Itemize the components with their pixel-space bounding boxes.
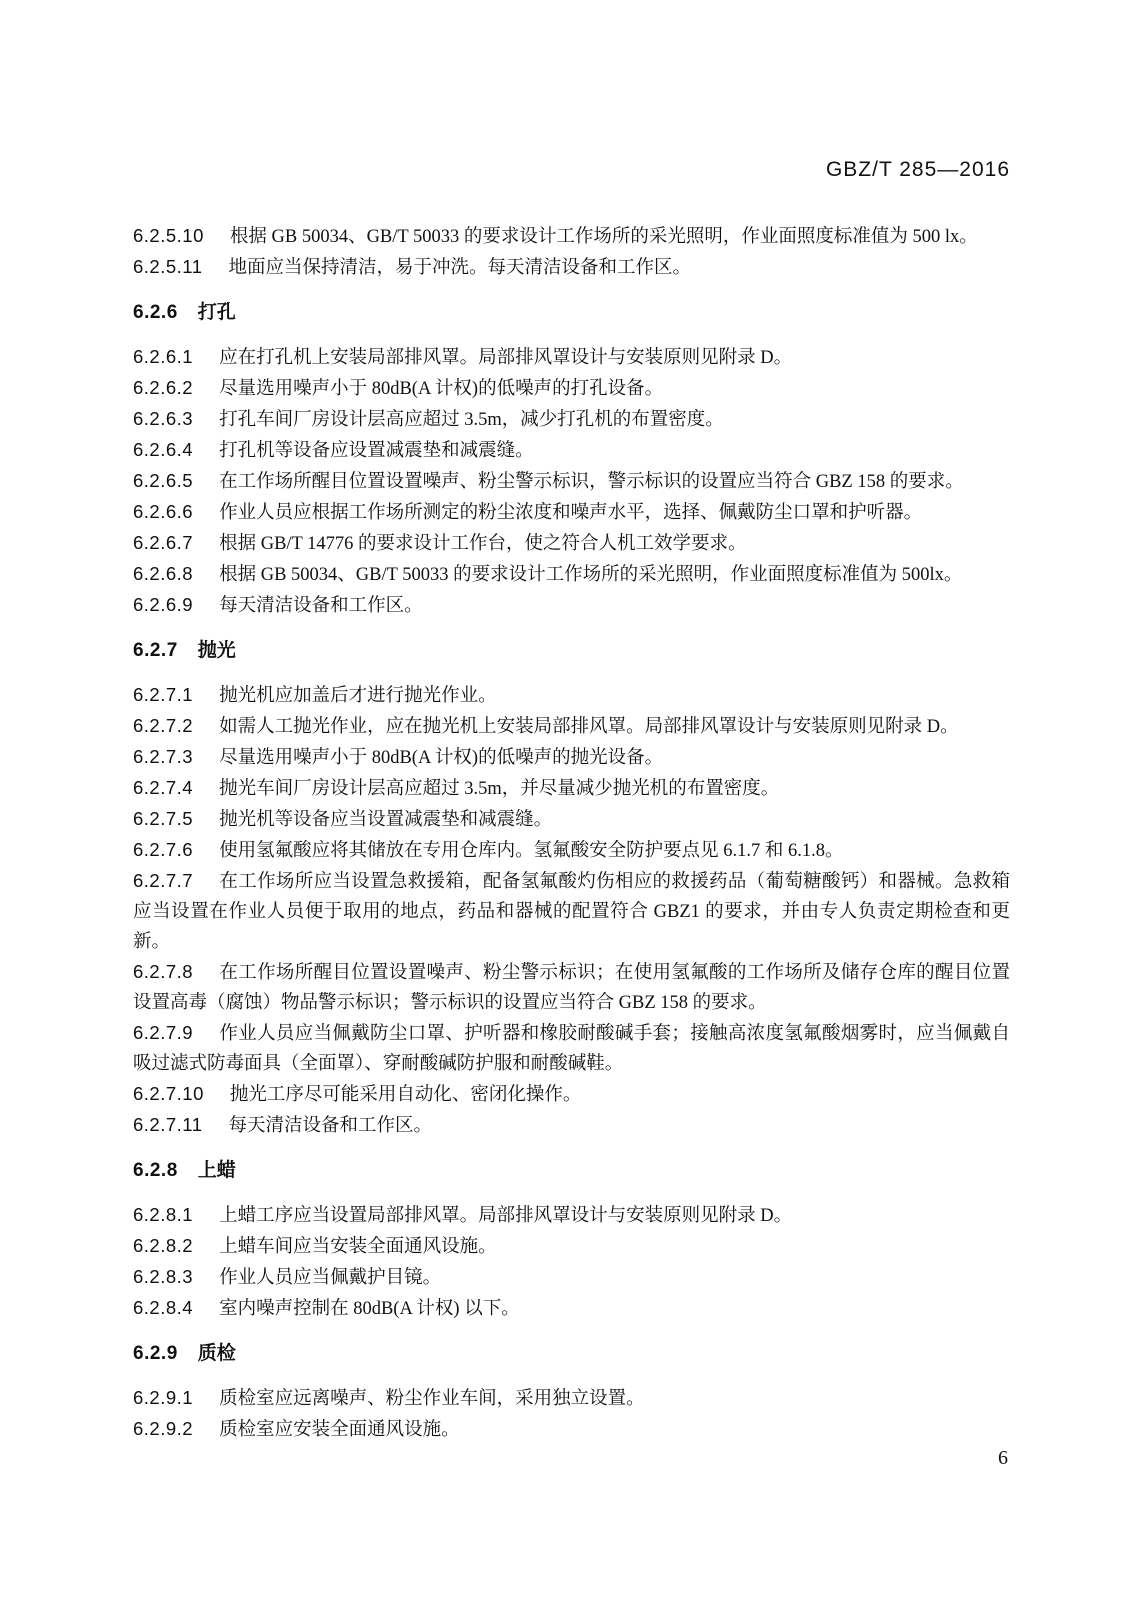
clause-number: 6.2.8.2 bbox=[133, 1235, 193, 1256]
clause-text: 作业人员应根据工作场所测定的粉尘浓度和噪声水平，选择、佩戴防尘口罩和护听器。 bbox=[219, 503, 922, 523]
clause-number: 6.2.7.8 bbox=[133, 961, 193, 982]
clause-number: 6.2.7.2 bbox=[133, 715, 193, 736]
clause-number: 6.2.7.3 bbox=[133, 746, 193, 767]
clause-paragraph: 6.2.6.5在工作场所醒目位置设置噪声、粉尘警示标识，警示标识的设置应当符合 … bbox=[133, 466, 1010, 497]
clause-text: 尽量选用噪声小于 80dB(A 计权)的低噪声的打孔设备。 bbox=[219, 379, 663, 399]
clause-paragraph: 6.2.6.1应在打孔机上安装局部排风罩。局部排风罩设计与安装原则见附录 D。 bbox=[133, 342, 1010, 373]
clause-text: 应在打孔机上安装局部排风罩。局部排风罩设计与安装原则见附录 D。 bbox=[219, 348, 792, 368]
clause-paragraph: 6.2.5.10根据 GB 50034、GB/T 50033 的要求设计工作场所… bbox=[133, 221, 1010, 252]
clause-text: 每天清洁设备和工作区。 bbox=[229, 1116, 433, 1136]
clause-number: 6.2.6.4 bbox=[133, 439, 193, 460]
clause-text: 质检室应安装全面通风设施。 bbox=[219, 1420, 460, 1440]
clause-number: 6.2.8.3 bbox=[133, 1266, 193, 1287]
document-header: GBZ/T 285—2016 bbox=[133, 158, 1010, 182]
clause-number: 6.2.9.1 bbox=[133, 1387, 193, 1408]
clause-text: 作业人员应当佩戴护目镜。 bbox=[219, 1268, 441, 1288]
clause-number: 6.2.6 bbox=[133, 302, 178, 323]
clause-text: 使用氢氟酸应将其储放在专用仓库内。氢氟酸安全防护要点见 6.1.7 和 6.1.… bbox=[219, 841, 843, 861]
clause-number: 6.2.6.1 bbox=[133, 346, 193, 367]
clause-text: 打孔车间厂房设计层高应超过 3.5m，减少打孔机的布置密度。 bbox=[219, 410, 724, 430]
clause-number: 6.2.7.4 bbox=[133, 777, 193, 798]
clause-paragraph: 6.2.6.9每天清洁设备和工作区。 bbox=[133, 590, 1010, 621]
clause-paragraph: 6.2.7.11每天清洁设备和工作区。 bbox=[133, 1110, 1010, 1141]
clause-text: 质检室应远离噪声、粉尘作业车间，采用独立设置。 bbox=[219, 1389, 645, 1409]
section-heading: 6.2.8上蜡 bbox=[133, 1156, 1010, 1186]
clause-text: 抛光机等设备应当设置减震垫和减震缝。 bbox=[219, 810, 552, 830]
clause-text: 室内噪声控制在 80dB(A 计权) 以下。 bbox=[219, 1299, 520, 1319]
clause-number: 6.2.5.10 bbox=[133, 225, 204, 246]
clause-paragraph: 6.2.8.1上蜡工序应当设置局部排风罩。局部排风罩设计与安装原则见附录 D。 bbox=[133, 1200, 1010, 1231]
page-footer: 6 bbox=[133, 1447, 1010, 1470]
clause-paragraph: 6.2.7.1抛光机应加盖后才进行抛光作业。 bbox=[133, 680, 1010, 711]
section-title: 抛光 bbox=[198, 640, 236, 661]
clause-number: 6.2.6.2 bbox=[133, 377, 193, 398]
clause-paragraph: 6.2.8.4室内噪声控制在 80dB(A 计权) 以下。 bbox=[133, 1293, 1010, 1324]
clause-text: 抛光机应加盖后才进行抛光作业。 bbox=[219, 686, 497, 706]
clause-number: 6.2.7.10 bbox=[133, 1083, 204, 1104]
standard-number: GBZ/T 285—2016 bbox=[826, 158, 1010, 181]
clause-number: 6.2.9 bbox=[133, 1343, 178, 1364]
clause-text: 每天清洁设备和工作区。 bbox=[219, 596, 423, 616]
clause-text: 根据 GB 50034、GB/T 50033 的要求设计工作场所的采光照明，作业… bbox=[219, 565, 962, 585]
clause-number: 6.2.9.2 bbox=[133, 1418, 193, 1439]
clause-paragraph: 6.2.7.6使用氢氟酸应将其储放在专用仓库内。氢氟酸安全防护要点见 6.1.7… bbox=[133, 835, 1010, 866]
clause-text: 地面应当保持清洁，易于冲洗。每天清洁设备和工作区。 bbox=[229, 258, 692, 278]
clause-number: 6.2.8.1 bbox=[133, 1204, 193, 1225]
clause-paragraph: 6.2.6.6作业人员应根据工作场所测定的粉尘浓度和噪声水平，选择、佩戴防尘口罩… bbox=[133, 497, 1010, 528]
clause-paragraph: 6.2.7.7在工作场所应当设置急救援箱，配备氢氟酸灼伤相应的救援药品（葡萄糖酸… bbox=[133, 866, 1010, 957]
clause-paragraph: 6.2.8.3作业人员应当佩戴护目镜。 bbox=[133, 1262, 1010, 1293]
clause-text: 在工作场所醒目位置设置噪声、粉尘警示标识；在使用氢氟酸的工作场所及储存仓库的醒目… bbox=[133, 963, 1010, 1013]
clause-number: 6.2.7.7 bbox=[133, 870, 193, 891]
clause-paragraph: 6.2.7.8在工作场所醒目位置设置噪声、粉尘警示标识；在使用氢氟酸的工作场所及… bbox=[133, 957, 1010, 1018]
clause-text: 根据 GB/T 14776 的要求设计工作台，使之符合人机工效学要求。 bbox=[219, 534, 746, 554]
clause-text: 如需人工抛光作业，应在抛光机上安装局部排风罩。局部排风罩设计与安装原则见附录 D… bbox=[219, 717, 959, 737]
document-content: 6.2.5.10根据 GB 50034、GB/T 50033 的要求设计工作场所… bbox=[133, 221, 1010, 1445]
clause-text: 抛光工序尽可能采用自动化、密闭化操作。 bbox=[230, 1085, 582, 1105]
clause-paragraph: 6.2.7.9作业人员应当佩戴防尘口罩、护听器和橡胶耐酸碱手套；接触高浓度氢氟酸… bbox=[133, 1018, 1010, 1079]
clause-number: 6.2.8.4 bbox=[133, 1297, 193, 1318]
clause-text: 根据 GB 50034、GB/T 50033 的要求设计工作场所的采光照明，作业… bbox=[230, 227, 978, 247]
clause-paragraph: 6.2.9.1质检室应远离噪声、粉尘作业车间，采用独立设置。 bbox=[133, 1383, 1010, 1414]
clause-paragraph: 6.2.7.5抛光机等设备应当设置减震垫和减震缝。 bbox=[133, 804, 1010, 835]
clause-number: 6.2.5.11 bbox=[133, 256, 203, 277]
clause-number: 6.2.8 bbox=[133, 1160, 178, 1181]
clause-paragraph: 6.2.9.2质检室应安装全面通风设施。 bbox=[133, 1414, 1010, 1445]
clause-paragraph: 6.2.6.4打孔机等设备应设置减震垫和减震缝。 bbox=[133, 435, 1010, 466]
clause-paragraph: 6.2.6.7根据 GB/T 14776 的要求设计工作台，使之符合人机工效学要… bbox=[133, 528, 1010, 559]
clause-paragraph: 6.2.7.3尽量选用噪声小于 80dB(A 计权)的低噪声的抛光设备。 bbox=[133, 742, 1010, 773]
clause-text: 尽量选用噪声小于 80dB(A 计权)的低噪声的抛光设备。 bbox=[219, 748, 663, 768]
clause-number: 6.2.7.11 bbox=[133, 1114, 203, 1135]
clause-number: 6.2.6.8 bbox=[133, 563, 193, 584]
section-title: 打孔 bbox=[198, 302, 236, 323]
clause-number: 6.2.6.6 bbox=[133, 501, 193, 522]
clause-text: 作业人员应当佩戴防尘口罩、护听器和橡胶耐酸碱手套；接触高浓度氢氟酸烟雾时，应当佩… bbox=[133, 1024, 1010, 1074]
section-heading: 6.2.7抛光 bbox=[133, 636, 1010, 666]
clause-paragraph: 6.2.7.2如需人工抛光作业，应在抛光机上安装局部排风罩。局部排风罩设计与安装… bbox=[133, 711, 1010, 742]
section-title: 上蜡 bbox=[198, 1160, 236, 1181]
section-heading: 6.2.6打孔 bbox=[133, 298, 1010, 328]
section-title: 质检 bbox=[198, 1343, 236, 1364]
clause-number: 6.2.7.1 bbox=[133, 684, 193, 705]
clause-text: 打孔机等设备应设置减震垫和减震缝。 bbox=[219, 441, 534, 461]
clause-text: 在工作场所应当设置急救援箱，配备氢氟酸灼伤相应的救援药品（葡萄糖酸钙）和器械。急… bbox=[133, 872, 1010, 952]
clause-paragraph: 6.2.7.4抛光车间厂房设计层高应超过 3.5m，并尽量减少抛光机的布置密度。 bbox=[133, 773, 1010, 804]
clause-number: 6.2.6.5 bbox=[133, 470, 193, 491]
clause-text: 在工作场所醒目位置设置噪声、粉尘警示标识，警示标识的设置应当符合 GBZ 158… bbox=[219, 472, 964, 492]
clause-paragraph: 6.2.6.3打孔车间厂房设计层高应超过 3.5m，减少打孔机的布置密度。 bbox=[133, 404, 1010, 435]
clause-number: 6.2.6.7 bbox=[133, 532, 193, 553]
clause-text: 上蜡工序应当设置局部排风罩。局部排风罩设计与安装原则见附录 D。 bbox=[219, 1206, 792, 1226]
clause-number: 6.2.7.6 bbox=[133, 839, 193, 860]
section-heading: 6.2.9质检 bbox=[133, 1339, 1010, 1369]
document-page: GBZ/T 285—2016 6.2.5.10根据 GB 50034、GB/T … bbox=[0, 0, 1132, 1600]
clause-paragraph: 6.2.6.2尽量选用噪声小于 80dB(A 计权)的低噪声的打孔设备。 bbox=[133, 373, 1010, 404]
clause-paragraph: 6.2.8.2上蜡车间应当安装全面通风设施。 bbox=[133, 1231, 1010, 1262]
page-number: 6 bbox=[998, 1447, 1008, 1469]
clause-number: 6.2.7.9 bbox=[133, 1022, 193, 1043]
clause-number: 6.2.7 bbox=[133, 640, 178, 661]
clause-text: 上蜡车间应当安装全面通风设施。 bbox=[219, 1237, 497, 1257]
clause-paragraph: 6.2.6.8根据 GB 50034、GB/T 50033 的要求设计工作场所的… bbox=[133, 559, 1010, 590]
clause-paragraph: 6.2.5.11地面应当保持清洁，易于冲洗。每天清洁设备和工作区。 bbox=[133, 252, 1010, 283]
clause-number: 6.2.6.9 bbox=[133, 594, 193, 615]
clause-number: 6.2.6.3 bbox=[133, 408, 193, 429]
clause-number: 6.2.7.5 bbox=[133, 808, 193, 829]
clause-paragraph: 6.2.7.10抛光工序尽可能采用自动化、密闭化操作。 bbox=[133, 1079, 1010, 1110]
clause-text: 抛光车间厂房设计层高应超过 3.5m，并尽量减少抛光机的布置密度。 bbox=[219, 779, 779, 799]
